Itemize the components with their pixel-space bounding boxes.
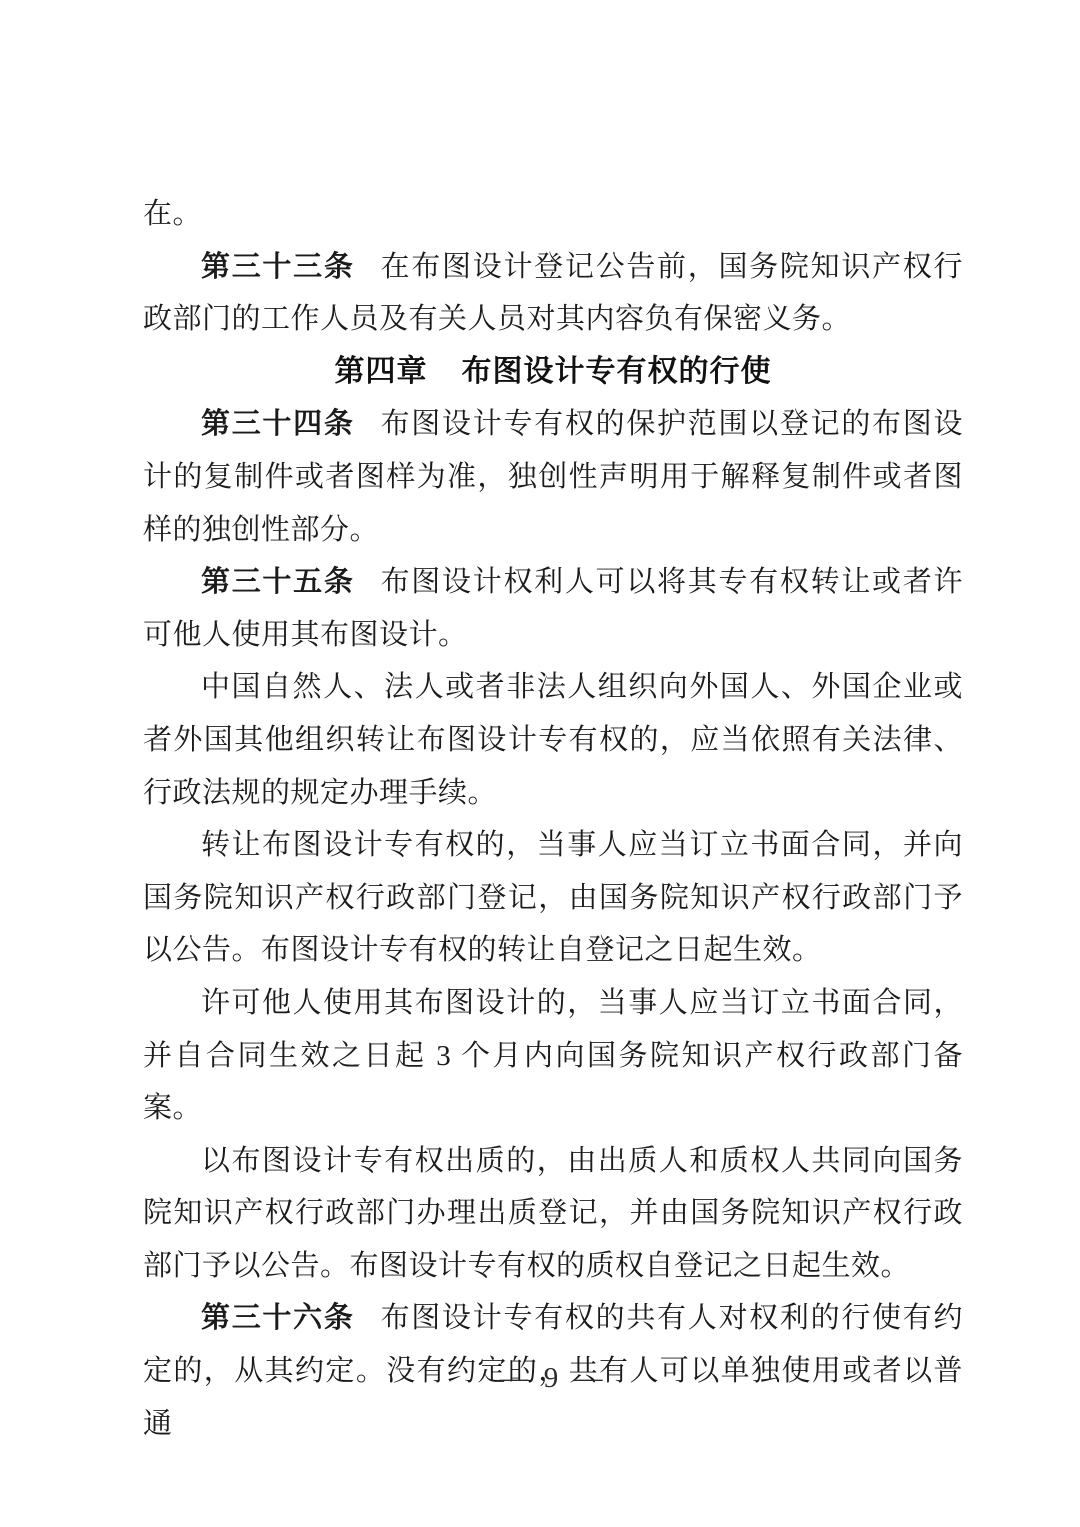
chapter-number: 第四章: [335, 355, 428, 388]
document-content: 在。 第三十三条在布图设计登记公告前，国务院知识产权行政部门的工作人员及有关人员…: [143, 188, 963, 1450]
chapter-heading: 第四章布图设计专有权的行使: [143, 346, 963, 399]
page-number-text: — 9 —: [500, 1362, 607, 1394]
chapter-title: 布图设计专有权的行使: [462, 355, 772, 388]
article-34-number: 第三十四条: [201, 408, 355, 440]
continuation-text: 在。: [143, 188, 963, 241]
article-33-paragraph: 第三十三条在布图设计登记公告前，国务院知识产权行政部门的工作人员及有关人员对其内…: [143, 241, 963, 346]
paragraph-transfer-foreign: 中国自然人、法人或者非法人组织向外国人、外国企业或者外国其他组织转让布图设计专有…: [143, 661, 963, 819]
article-35-paragraph: 第三十五条布图设计权利人可以将其专有权转让或者许可他人使用其布图设计。: [143, 556, 963, 661]
document-page: 在。 第三十三条在布图设计登记公告前，国务院知识产权行政部门的工作人员及有关人员…: [0, 0, 1080, 1527]
paragraph-text: 中国自然人、法人或者非法人组织向外国人、外国企业或者外国其他组织转让布图设计专有…: [143, 671, 963, 808]
article-36-number: 第三十六条: [201, 1302, 355, 1334]
paragraph-pledge: 以布图设计专有权出质的，由出质人和质权人共同向国务院知识产权行政部门办理出质登记…: [143, 1135, 963, 1293]
continuation-text-run: 在。: [143, 198, 202, 230]
page-number: — 9 —: [143, 1362, 963, 1395]
paragraph-text: 以布图设计专有权出质的，由出质人和质权人共同向国务院知识产权行政部门办理出质登记…: [143, 1145, 963, 1282]
article-33-number: 第三十三条: [201, 251, 355, 283]
article-35-number: 第三十五条: [201, 566, 355, 598]
article-34-paragraph: 第三十四条布图设计专有权的保护范围以登记的布图设计的复制件或者图样为准，独创性声…: [143, 398, 963, 556]
paragraph-license-record: 许可他人使用其布图设计的，当事人应当订立书面合同，并自合同生效之日起 3 个月内…: [143, 977, 963, 1135]
paragraph-text: 转让布图设计专有权的，当事人应当订立书面合同，并向国务院知识产权行政部门登记，由…: [143, 829, 963, 966]
paragraph-transfer-contract: 转让布图设计专有权的，当事人应当订立书面合同，并向国务院知识产权行政部门登记，由…: [143, 819, 963, 977]
paragraph-text: 许可他人使用其布图设计的，当事人应当订立书面合同，并自合同生效之日起 3 个月内…: [143, 987, 963, 1124]
